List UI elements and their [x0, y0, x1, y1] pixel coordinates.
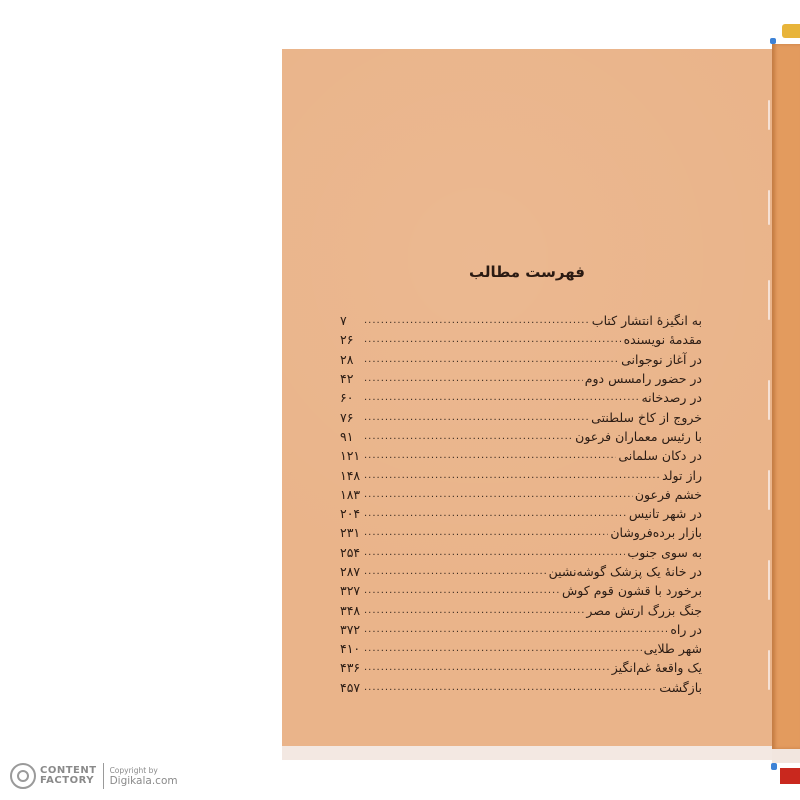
toc-entry: بازار برده‌فروشان.......................… — [340, 523, 702, 542]
binding-stitch — [768, 190, 770, 225]
dot-leader: ........................................… — [364, 624, 668, 635]
watermark-logo: CONTENT FACTORY Copyright by Digikala.co… — [10, 763, 178, 789]
dot-leader: ........................................… — [364, 585, 560, 596]
toc-entry-title: در حضور رامسس دوم — [585, 371, 702, 386]
dot-leader: ........................................… — [364, 605, 584, 616]
toc-entry-page: ۲۶ — [340, 332, 362, 347]
toc-entry-page: ۲۸۷ — [340, 564, 362, 579]
toc-entry-page: ۳۷۲ — [340, 622, 362, 637]
toc-entry-title: با رئیس معماران فرعون — [575, 429, 702, 444]
toc-entry-title: به سوی جنوب — [627, 545, 702, 560]
dot-leader: ........................................… — [364, 643, 642, 654]
toc-entry-title: راز تولد — [662, 468, 702, 483]
dot-leader: ........................................… — [364, 527, 608, 538]
toc-entry: در رصدخانه..............................… — [340, 388, 702, 407]
toc-entry-title: در راه — [670, 622, 702, 637]
dot-leader: ........................................… — [364, 489, 633, 500]
dot-leader: ........................................… — [364, 547, 625, 558]
toc-entry: در راه..................................… — [340, 620, 702, 639]
toc-entry-page: ۴۵۷ — [340, 680, 362, 695]
toc-entry: در حضور رامسس دوم.......................… — [340, 369, 702, 388]
binding-stitch — [768, 380, 770, 420]
binding-stitch — [768, 280, 770, 320]
binding-stitch — [768, 100, 770, 130]
dot-leader: ........................................… — [364, 392, 639, 403]
toc-entry-title: جنگ بزرگ ارتش مصر — [586, 603, 702, 618]
toc-entry: خروج از کاخ سلطنتی......................… — [340, 407, 702, 426]
toc-entry: در آغاز نوجوانی.........................… — [340, 350, 702, 369]
copyright: Copyright by Digikala.com — [110, 766, 178, 787]
divider — [103, 763, 104, 789]
bookmark-tab-red — [780, 768, 800, 784]
toc-entry: شهر طلایی...............................… — [340, 639, 702, 658]
toc-entry: راز تولد................................… — [340, 465, 702, 484]
toc-entry-title: در رصدخانه — [641, 390, 702, 405]
toc-entry-page: ۲۸ — [340, 352, 362, 367]
toc-entry-page: ۳۴۸ — [340, 603, 362, 618]
toc-entry: خشم فرعون...............................… — [340, 485, 702, 504]
toc-entry-title: خروج از کاخ سلطنتی — [591, 410, 702, 425]
bookmark-tab-blue-top — [770, 38, 776, 44]
toc-entry-page: ۱۲۱ — [340, 448, 362, 463]
toc-entry-title: خشم فرعون — [635, 487, 702, 502]
toc-entry: به سوی جنوب.............................… — [340, 543, 702, 562]
toc-entry-title: شهر طلایی — [644, 641, 702, 656]
table-of-contents: به انگیزهٔ انتشار کتاب..................… — [340, 311, 702, 697]
toc-entry-page: ۶۰ — [340, 390, 362, 405]
toc-entry-page: ۴۲ — [340, 371, 362, 386]
page-edge — [282, 746, 772, 760]
toc-entry-title: در خانهٔ یک پزشک گوشه‌نشین — [549, 564, 702, 579]
dot-leader: ........................................… — [364, 450, 616, 461]
dot-leader: ........................................… — [364, 354, 619, 365]
dot-leader: ........................................… — [364, 566, 547, 577]
dot-leader: ........................................… — [364, 412, 589, 423]
toc-entry: به انگیزهٔ انتشار کتاب..................… — [340, 311, 702, 330]
dot-leader: ........................................… — [364, 662, 610, 673]
toc-entry: با رئیس معماران فرعون...................… — [340, 427, 702, 446]
toc-entry-page: ۴۱۰ — [340, 641, 362, 656]
toc-entry: در دکان سلمانی..........................… — [340, 446, 702, 465]
toc-entry-page: ۱۸۳ — [340, 487, 362, 502]
toc-entry-page: ۲۵۴ — [340, 545, 362, 560]
binding-stitch — [768, 650, 770, 690]
binding-stitch — [768, 560, 770, 600]
toc-entry: بازگشت..................................… — [340, 678, 702, 697]
dot-leader: ........................................… — [364, 470, 660, 481]
toc-entry-page: ۴۳۶ — [340, 660, 362, 675]
toc-entry-title: به انگیزهٔ انتشار کتاب — [592, 313, 702, 328]
toc-entry-title: برخورد با قشون قوم کوش — [562, 583, 702, 598]
toc-entry: مقدمهٔ نویسنده..........................… — [340, 330, 702, 349]
toc-title: فهرست مطالب — [282, 263, 772, 281]
brand-name: CONTENT FACTORY — [40, 766, 97, 786]
toc-entry-page: ۱۴۸ — [340, 468, 362, 483]
toc-entry-page: ۷ — [340, 313, 362, 328]
dot-leader: ........................................… — [364, 315, 590, 326]
toc-entry-title: در شهر تانیس — [629, 506, 702, 521]
toc-entry-title: در دکان سلمانی — [618, 448, 702, 463]
toc-entry-title: یک واقعهٔ غم‌انگیز — [612, 660, 702, 675]
toc-entry-title: بازگشت — [659, 680, 702, 695]
toc-entry: در خانهٔ یک پزشک گوشه‌نشین..............… — [340, 562, 702, 581]
dot-leader: ........................................… — [364, 334, 622, 345]
dot-leader: ........................................… — [364, 431, 573, 442]
dot-leader: ........................................… — [364, 508, 627, 519]
toc-entry: در شهر تانیس............................… — [340, 504, 702, 523]
dot-leader: ........................................… — [364, 373, 583, 384]
toc-entry-title: مقدمهٔ نویسنده — [624, 332, 702, 347]
toc-entry-page: ۳۲۷ — [340, 583, 362, 598]
toc-entry: برخورد با قشون قوم کوش..................… — [340, 581, 702, 600]
toc-entry-page: ۲۳۱ — [340, 525, 362, 540]
bookmark-tab-blue-bottom — [771, 763, 777, 770]
toc-entry: جنگ بزرگ ارتش مصر.......................… — [340, 600, 702, 619]
toc-entry: یک واقعهٔ غم‌انگیز......................… — [340, 658, 702, 677]
toc-entry-title: در آغاز نوجوانی — [621, 352, 702, 367]
binding-stitch — [768, 470, 770, 510]
toc-entry-page: ۹۱ — [340, 429, 362, 444]
book-cover-edge — [772, 44, 800, 749]
content-factory-logo-icon — [10, 763, 36, 789]
toc-entry-page: ۲۰۴ — [340, 506, 362, 521]
dot-leader: ........................................… — [364, 682, 657, 693]
toc-entry-title: بازار برده‌فروشان — [610, 525, 702, 540]
toc-entry-page: ۷۶ — [340, 410, 362, 425]
bookmark-tab-yellow — [782, 24, 800, 38]
cover-bottom-edge — [772, 749, 800, 763]
